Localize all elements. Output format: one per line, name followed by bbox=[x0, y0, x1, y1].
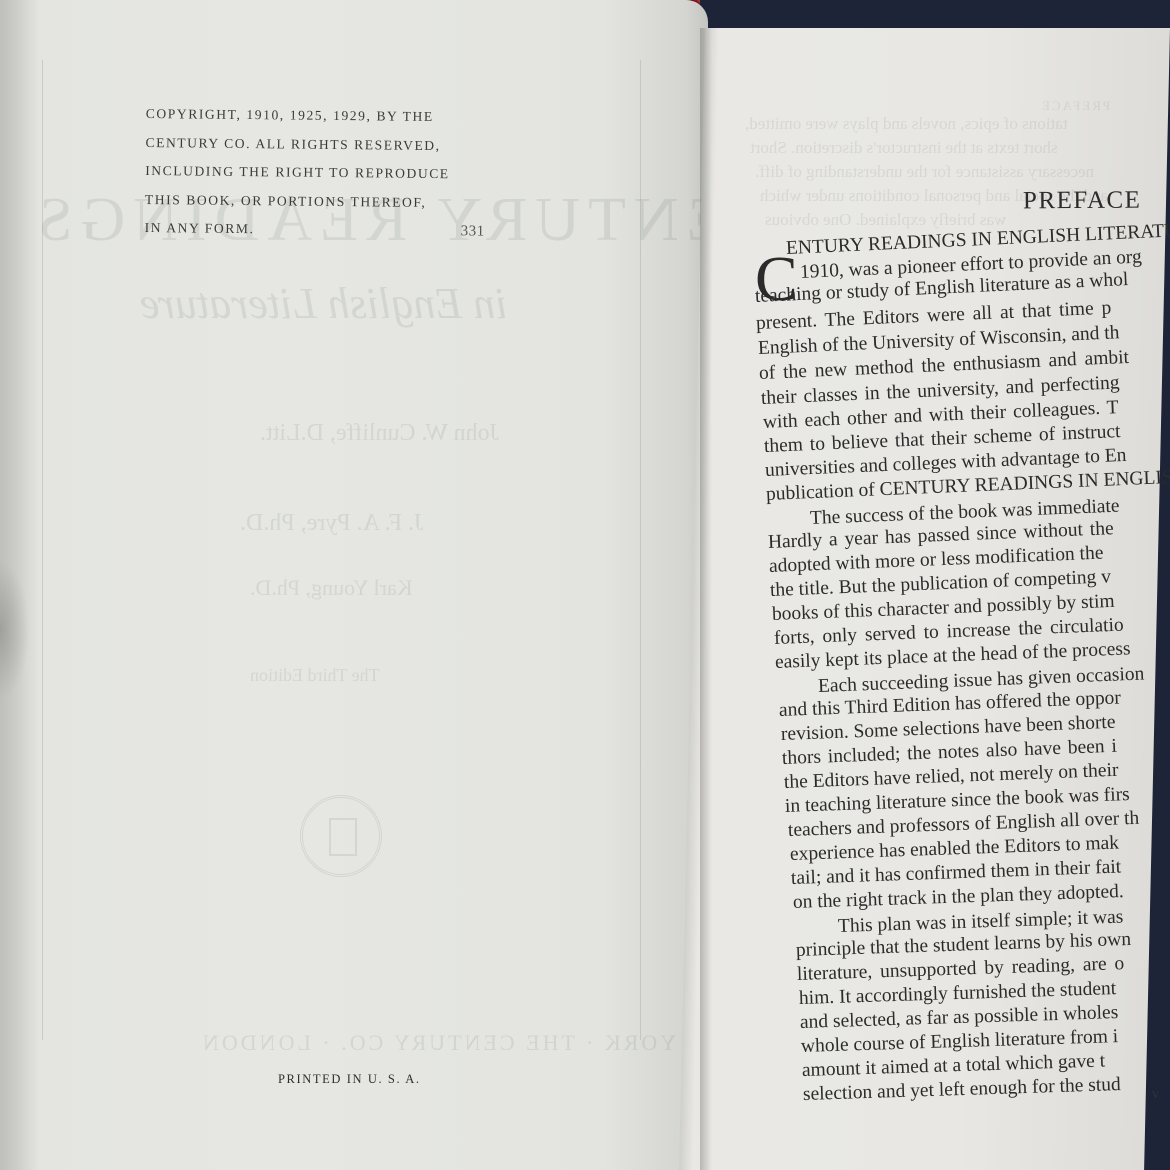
copyright-text: INCLUDING THE RIGHT TO REPRODUCE bbox=[145, 157, 450, 189]
page-rule-line bbox=[42, 60, 43, 1040]
publisher-seal-icon bbox=[300, 795, 382, 877]
show-through-line: short texts at the instructor's discreti… bbox=[750, 136, 1058, 160]
copyright-text: THIS BOOK, OR PORTIONS THEREOF, bbox=[145, 185, 427, 216]
copyright-line: CENTURY CO. ALL RIGHTS RESERVED, bbox=[145, 128, 485, 160]
copyright-line: IN ANY FORM. 331 bbox=[145, 214, 485, 246]
book-photo: CENTURY READINGS in English Literature J… bbox=[0, 0, 1170, 1170]
show-through-line: necessary assistance for the understandi… bbox=[755, 160, 1094, 184]
preface-heading: PREFACE bbox=[1023, 187, 1142, 216]
copyright-text: COPYRIGHT, 1910, 1925, 1929, BY THE bbox=[146, 100, 434, 132]
copyright-notice: COPYRIGHT, 1910, 1925, 1929, BY THE CENT… bbox=[145, 100, 486, 246]
printing-code: 331 bbox=[460, 217, 484, 246]
show-through-line: was briefly explained. One obvious bbox=[765, 208, 1006, 232]
copyright-text: IN ANY FORM. bbox=[145, 214, 255, 244]
page-number: v bbox=[1152, 1087, 1159, 1103]
show-through-line: tations of epics, novels and plays were … bbox=[745, 112, 1067, 136]
copyright-line: INCLUDING THE RIGHT TO REPRODUCE bbox=[145, 157, 485, 189]
gutter-shadow bbox=[700, 28, 712, 1170]
page-rule-line bbox=[640, 60, 641, 1040]
copyright-line: THIS BOOK, OR PORTIONS THEREOF, bbox=[145, 185, 485, 217]
printed-in-usa: PRINTED IN U. S. A. bbox=[278, 1072, 421, 1087]
copyright-text: CENTURY CO. ALL RIGHTS RESERVED, bbox=[145, 128, 440, 160]
copyright-line: COPYRIGHT, 1910, 1925, 1929, BY THE bbox=[146, 100, 486, 132]
